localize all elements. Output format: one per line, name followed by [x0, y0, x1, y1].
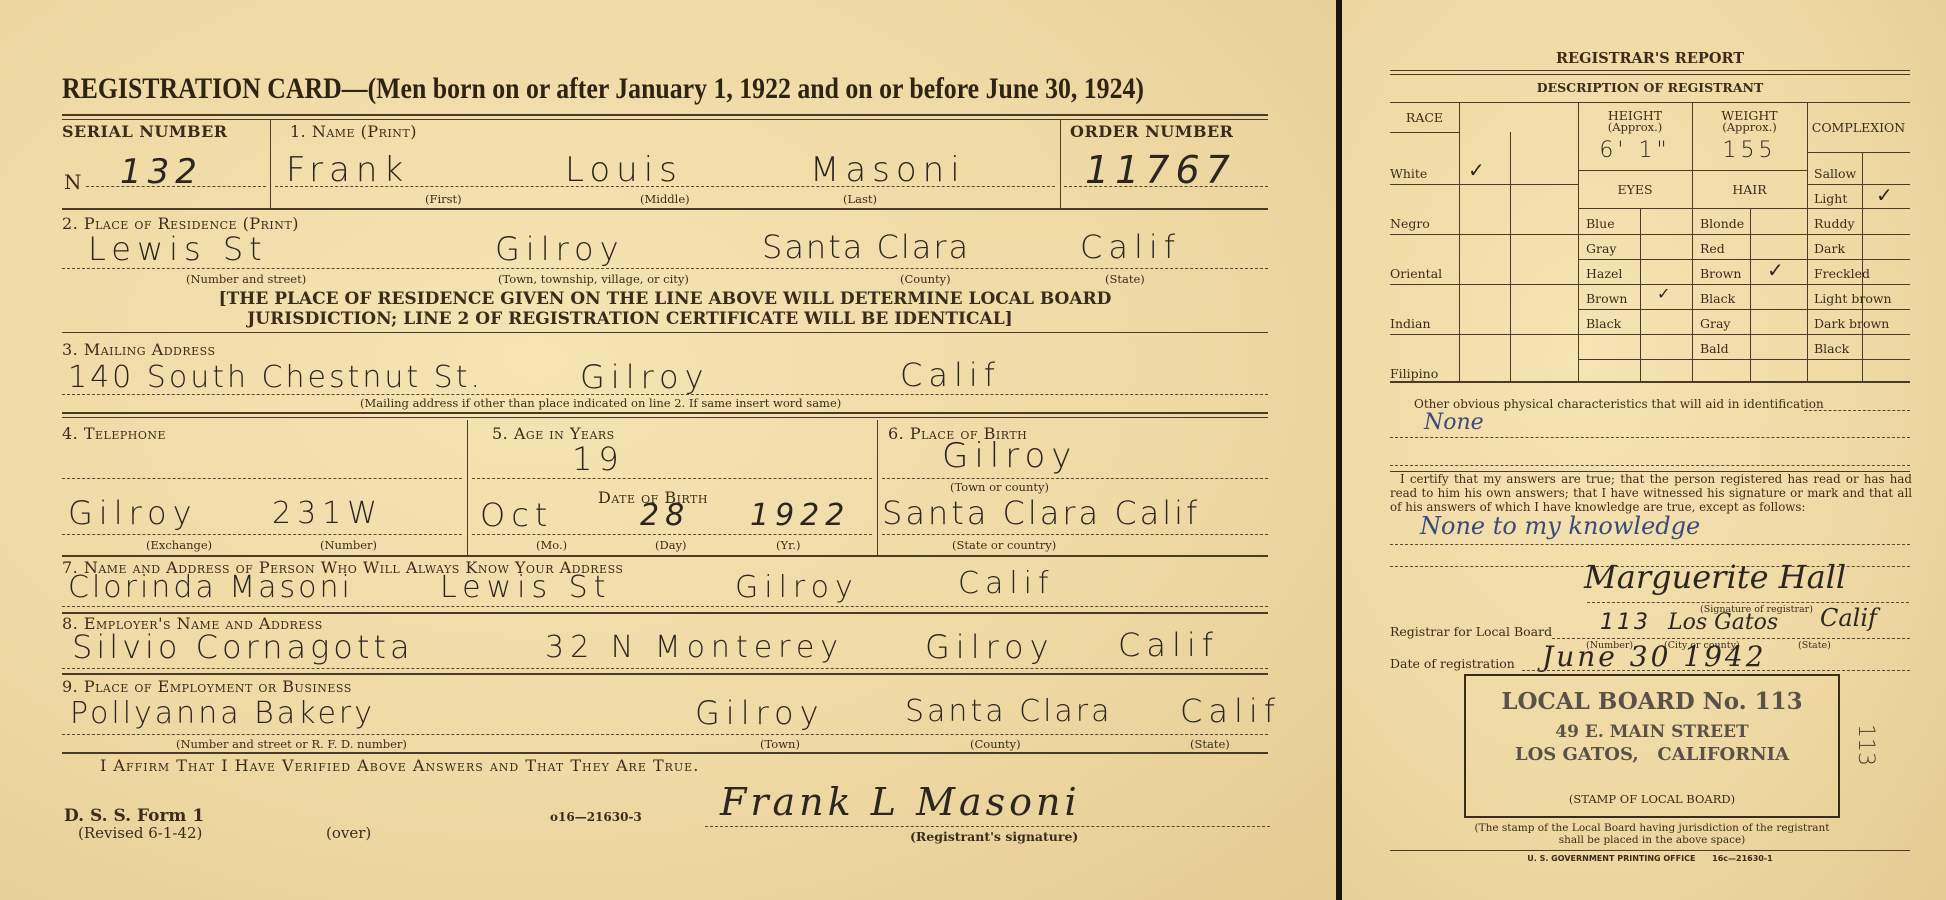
- rule: [1390, 381, 1910, 383]
- rule: [1578, 208, 1807, 209]
- serial-prefix: N: [64, 170, 82, 194]
- field-line: [1390, 437, 1910, 438]
- eyes-brown-check: ✓: [1657, 284, 1670, 303]
- complexion-light: Light: [1814, 191, 1847, 206]
- rule: [62, 752, 1268, 754]
- registration-date-value: June 30 1942: [1542, 640, 1767, 673]
- rule: [62, 555, 1268, 557]
- hair-blonde: Blonde: [1700, 216, 1744, 231]
- weight-approx: (Approx.): [1692, 120, 1807, 134]
- mailing-sub: (Mailing address if other than place ind…: [360, 396, 841, 410]
- rule: [1578, 284, 1910, 285]
- sub-number: (Number): [320, 538, 377, 552]
- sub-first: (First): [425, 192, 462, 206]
- signature-label: (Registrant's signature): [910, 829, 1078, 844]
- residence-state-value: Calif: [1080, 228, 1181, 266]
- rule: [1390, 184, 1578, 185]
- race-white-check: ✓: [1468, 158, 1485, 182]
- rule: [1390, 334, 1578, 335]
- stamp-line2: 49 E. MAIN STREET: [1464, 722, 1840, 742]
- employment-place-town-value: Gilroy: [695, 694, 825, 732]
- divider: [1060, 120, 1061, 208]
- first-name-value: Frank: [286, 150, 409, 190]
- rule: [1578, 309, 1910, 310]
- height-approx: (Approx.): [1578, 120, 1692, 134]
- hair-brown-check: ✓: [1767, 258, 1784, 282]
- card-title: REGISTRATION CARD—(Men born on or after …: [62, 72, 1144, 106]
- field-line: [882, 534, 1268, 535]
- serial-number-label: SERIAL NUMBER: [62, 122, 228, 141]
- footer: U. S. GOVERNMENT PRINTING OFFICE 16c—216…: [1390, 854, 1910, 863]
- sub-middle: (Middle): [640, 192, 690, 206]
- eyes-black: Black: [1586, 316, 1621, 331]
- race-white: White: [1390, 166, 1427, 181]
- sub-employment-county: (County): [970, 737, 1021, 751]
- residence-street-value: Lewis St: [88, 230, 268, 268]
- sub-street: (Number and street): [186, 272, 306, 286]
- report-subtitle: DESCRIPTION OF REGISTRANT: [1390, 80, 1910, 95]
- divider: [270, 120, 271, 208]
- certify-text: I certify that my answers are true; that…: [1390, 472, 1912, 514]
- telephone-number-value: 231W: [272, 496, 383, 531]
- sub-exchange: (Exchange): [146, 538, 212, 552]
- rule: [1807, 184, 1910, 185]
- local-board-state: Calif: [1820, 604, 1877, 632]
- affirm-statement: I Affirm That I Have Verified Above Answ…: [100, 756, 699, 775]
- complexion-black: Black: [1814, 341, 1849, 356]
- divider: [877, 420, 878, 555]
- field-line: [1390, 544, 1910, 545]
- field-line: [1552, 638, 1910, 639]
- form-name: D. S. S. Form 1: [64, 806, 204, 826]
- signature-line: [1587, 602, 1909, 603]
- complexion-ruddy: Ruddy: [1814, 216, 1855, 231]
- sub-birth-town: (Town or county): [950, 480, 1049, 494]
- contact-name-value: Clorinda Masoni: [68, 570, 353, 605]
- contact-town-value: Gilroy: [735, 570, 859, 605]
- complexion-light-check: ✓: [1876, 183, 1893, 207]
- registrars-report-card: REGISTRAR'S REPORT DESCRIPTION OF REGIST…: [1342, 0, 1946, 900]
- other-characteristics-value: None: [1424, 410, 1484, 435]
- eyes-hazel: Hazel: [1586, 266, 1622, 281]
- residence-notice-line1: [THE PLACE OF RESIDENCE GIVEN ON THE LIN…: [62, 289, 1268, 309]
- rule: [62, 417, 1268, 418]
- field-line: [882, 478, 1268, 479]
- stamp-caption: (STAMP OF LOCAL BOARD): [1464, 792, 1840, 806]
- divider: [1510, 132, 1511, 381]
- birthplace-town-value: Gilroy: [942, 436, 1077, 476]
- eyes-blue: Blue: [1586, 216, 1615, 231]
- race-indian: Indian: [1390, 316, 1431, 331]
- rule: [1390, 102, 1910, 103]
- employer-state-value: Calif: [1118, 626, 1219, 664]
- height-value: 6' 1": [1578, 138, 1692, 163]
- sub-year: (Yr.): [776, 538, 800, 552]
- middle-name-value: Louis: [565, 150, 683, 190]
- registrant-signature: Frank L Masoni: [720, 780, 1081, 824]
- telephone-label: 4. Telephone: [62, 424, 166, 443]
- rule: [1578, 334, 1910, 335]
- field-line: [62, 534, 462, 535]
- local-board-number: 113: [1600, 610, 1651, 635]
- contact-street-value: Lewis St: [440, 570, 612, 605]
- complexion-dark: Dark: [1814, 241, 1845, 256]
- complexion-dark-brown: Dark brown: [1814, 316, 1889, 331]
- dob-year-value: 1922: [750, 498, 850, 533]
- print-code: o16—21630-3: [550, 810, 642, 824]
- sub-state: (State): [1105, 272, 1145, 286]
- contact-state-value: Calif: [958, 566, 1055, 601]
- rule: [62, 412, 1268, 414]
- sub-employment-state: (State): [1190, 737, 1230, 751]
- rule: [62, 332, 1268, 333]
- field-line: [275, 186, 1055, 187]
- employer-name-value: Silvio Cornagotta: [72, 628, 414, 666]
- race-oriental: Oriental: [1390, 266, 1442, 281]
- stamp-note-line1: (The stamp of the Local Board having jur…: [1432, 822, 1872, 834]
- complexion-header: COMPLEXION: [1807, 120, 1910, 135]
- mailing-street-value: 140 South Chestnut St.: [68, 360, 483, 395]
- mailing-state-value: Calif: [900, 356, 1001, 394]
- rule: [62, 114, 1268, 116]
- complexion-freckled: Freckled: [1814, 266, 1870, 281]
- divider: [1807, 102, 1808, 381]
- divider: [1459, 102, 1460, 381]
- field-line: [62, 606, 1268, 607]
- race-header: RACE: [1390, 110, 1459, 125]
- residence-county-value: Santa Clara: [762, 228, 970, 266]
- residence-notice-line2: JURISDICTION; LINE 2 OF REGISTRATION CER…: [62, 309, 1198, 329]
- dob-month-value: Oct: [480, 496, 553, 534]
- sub-town: (Town, township, village, or city): [498, 272, 689, 286]
- field-line: [1522, 670, 1910, 671]
- rule: [1807, 208, 1910, 209]
- field-line: [62, 268, 1268, 269]
- age-value: 19: [572, 440, 625, 478]
- complexion-light-brown: Light brown: [1814, 291, 1892, 306]
- rule: [62, 119, 1268, 120]
- rule: [1390, 70, 1910, 71]
- sub-day: (Day): [655, 538, 687, 552]
- rule: [1807, 152, 1910, 153]
- eyes-gray: Gray: [1586, 241, 1616, 256]
- race-negro: Negro: [1390, 216, 1430, 231]
- sub-month: (Mo.): [536, 538, 567, 552]
- employment-place-state-value: Calif: [1180, 692, 1281, 730]
- sub-employment-street: (Number and street or R. F. D. number): [176, 737, 407, 751]
- field-line: [62, 394, 1268, 395]
- divider: [467, 420, 468, 555]
- field-line: [472, 534, 872, 535]
- hair-gray: Gray: [1700, 316, 1730, 331]
- dob-day-value: 28: [640, 498, 690, 533]
- report-title: REGISTRAR'S REPORT: [1390, 50, 1910, 67]
- sub-birth-state: (State or country): [952, 538, 1056, 552]
- stamp-line3: LOS GATOS, CALIFORNIA: [1464, 744, 1840, 765]
- telephone-exchange-value: Gilroy: [68, 494, 198, 532]
- birthplace-state-value: Santa Clara Calif: [882, 494, 1200, 532]
- footer-code: 16c—21630-1: [1712, 854, 1773, 863]
- residence-town-value: Gilroy: [495, 230, 625, 268]
- hair-bald: Bald: [1700, 341, 1729, 356]
- local-board-city: Los Gatos: [1668, 610, 1778, 635]
- complexion-sallow: Sallow: [1814, 166, 1856, 181]
- order-number-label: ORDER NUMBER: [1070, 122, 1233, 141]
- rule: [62, 673, 1268, 675]
- mailing-label: 3. Mailing Address: [62, 340, 216, 359]
- weight-value: 155: [1692, 138, 1807, 163]
- eyes-brown: Brown: [1586, 291, 1627, 306]
- employment-place-label: 9. Place of Employment or Business: [62, 677, 352, 696]
- footer-office: U. S. GOVERNMENT PRINTING OFFICE: [1527, 854, 1695, 863]
- local-board-label: Registrar for Local Board: [1390, 624, 1552, 639]
- rule: [1390, 132, 1459, 133]
- registrar-signature: Marguerite Hall: [1584, 558, 1846, 596]
- rule: [1578, 170, 1807, 171]
- form-revised: (Revised 6-1-42): [78, 824, 202, 842]
- race-filipino: Filipino: [1390, 366, 1438, 381]
- employment-place-name-value: Pollyanna Bakery: [70, 696, 375, 731]
- certify-exceptions-value: None to my knowledge: [1420, 512, 1700, 540]
- field-line: [1390, 465, 1910, 466]
- hair-red: Red: [1700, 241, 1725, 256]
- field-line: [472, 478, 872, 479]
- rule: [1390, 234, 1578, 235]
- rule: [1578, 259, 1910, 260]
- sub-county: (County): [900, 272, 951, 286]
- registration-card-front: REGISTRATION CARD—(Men born on or after …: [0, 0, 1336, 900]
- field-line: [1804, 410, 1910, 411]
- name-label: 1. Name (Print): [290, 122, 417, 141]
- stamp-line1: LOCAL BOARD No. 113: [1464, 688, 1840, 715]
- sub-last: (Last): [843, 192, 877, 206]
- stamp-note-line2: shall be placed in the above space): [1432, 834, 1872, 846]
- signature-line: [705, 826, 1270, 827]
- rule: [1578, 359, 1910, 360]
- hair-brown: Brown: [1700, 266, 1741, 281]
- rule: [1390, 74, 1910, 75]
- field-line: [62, 478, 462, 479]
- field-line: [62, 668, 1268, 669]
- hair-header: HAIR: [1692, 182, 1807, 197]
- sub-board-state: (State): [1798, 640, 1831, 651]
- registration-date-label: Date of registration: [1390, 656, 1515, 671]
- employment-place-county-value: Santa Clara: [905, 694, 1113, 729]
- other-characteristics-label: Other obvious physical characteristics t…: [1414, 397, 1824, 411]
- sub-employment-town: (Town): [760, 737, 800, 751]
- field-line: [86, 186, 266, 187]
- field-line: [62, 734, 1268, 735]
- employer-town-value: Gilroy: [925, 628, 1055, 666]
- hair-black: Black: [1700, 291, 1735, 306]
- margin-board-number: 113: [1853, 724, 1878, 766]
- employer-address-value: 32 N Monterey: [545, 630, 844, 665]
- over-label: (over): [326, 824, 371, 842]
- rule: [62, 208, 1268, 210]
- rule: [1390, 850, 1910, 851]
- field-line: [1064, 186, 1268, 187]
- last-name-value: Masoni: [810, 150, 966, 190]
- eyes-header: EYES: [1578, 182, 1692, 197]
- rule: [1578, 234, 1910, 235]
- mailing-town-value: Gilroy: [580, 358, 710, 396]
- rule: [1390, 284, 1578, 285]
